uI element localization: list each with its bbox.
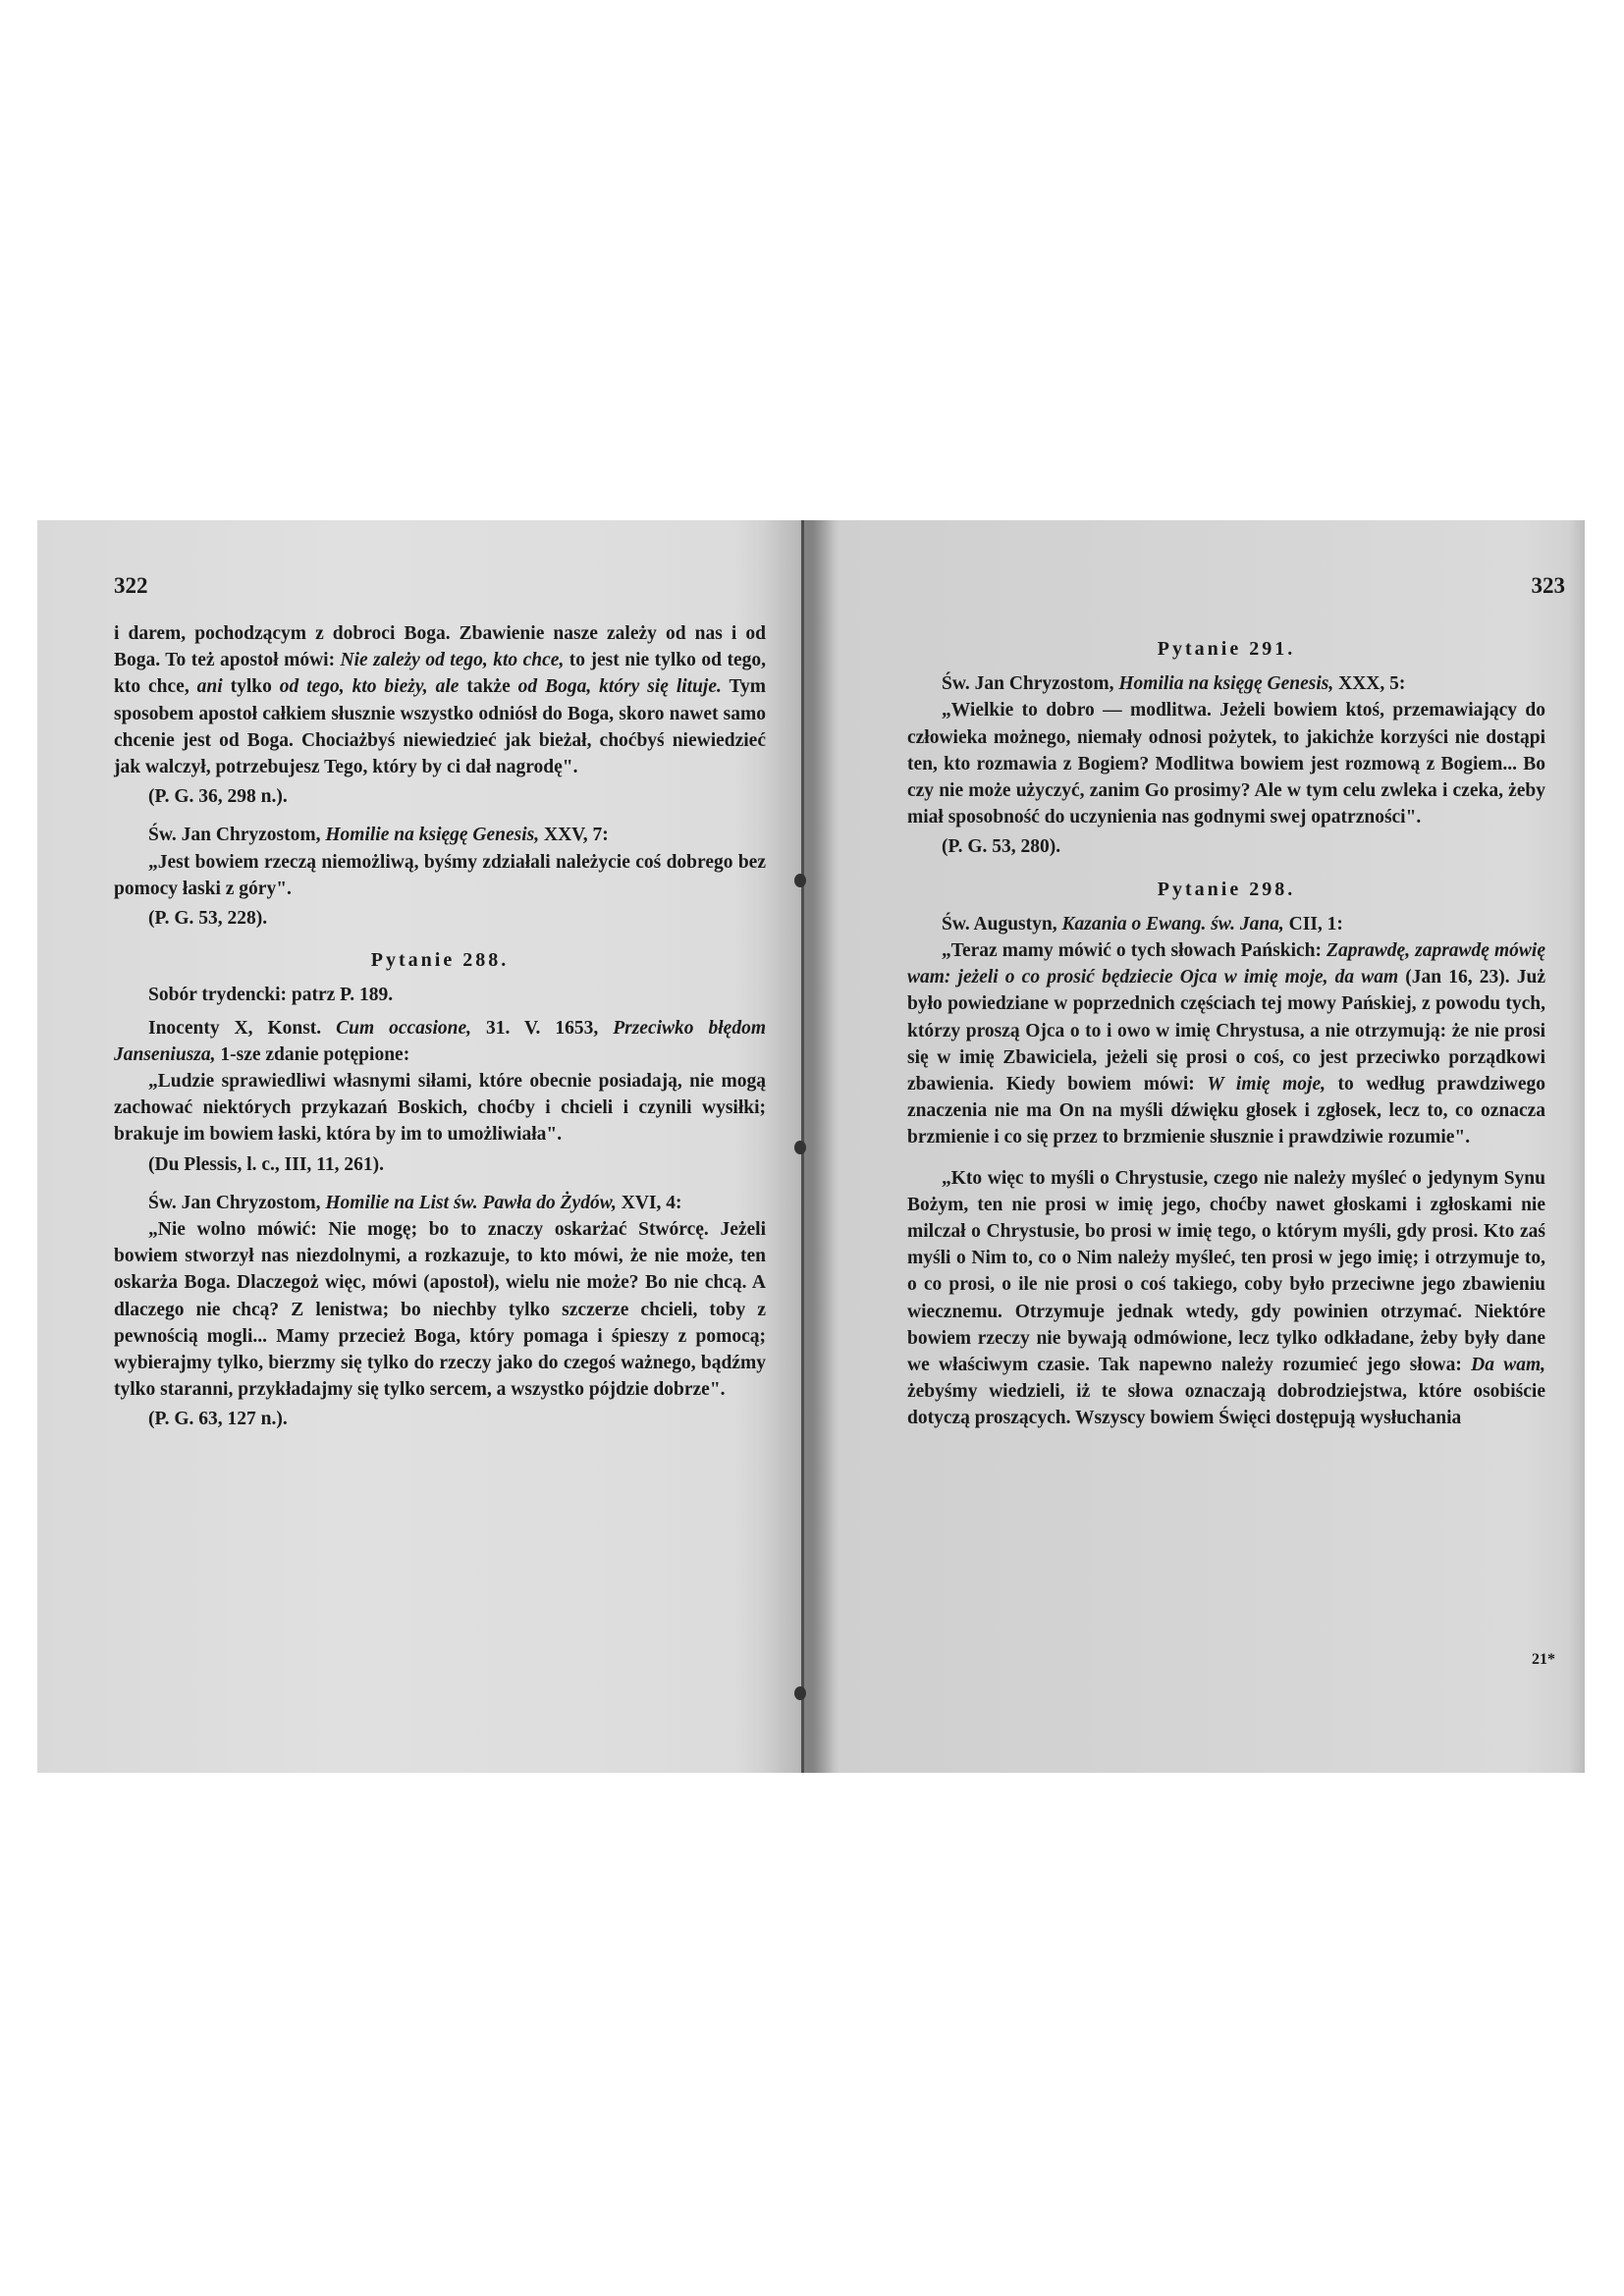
signature-mark: 21*	[1532, 1651, 1555, 1669]
source-reference: Św. Jan Chryzostom, Homilie na księgę Ge…	[114, 822, 766, 848]
binding-stitch	[794, 874, 806, 887]
page-content: i darem, pochodzącym z dobroci Boga. Zba…	[114, 620, 766, 1445]
book-scan: 322 i darem, pochodzącym z dobroci Boga.…	[37, 520, 1585, 1773]
page-number: 322	[114, 573, 148, 599]
quotation: „Jest bowiem rzeczą niemożliwą, byśmy zd…	[114, 849, 766, 902]
citation: (Du Plessis, l. c., III, 11, 261).	[114, 1151, 766, 1178]
section-heading: Pytanie 298.	[907, 877, 1545, 903]
quotation: „Teraz mamy mówić o tych słowach Pańskic…	[907, 937, 1545, 1151]
section-heading: Pytanie 288.	[114, 947, 766, 974]
source-reference: Św. Jan Chryzostom, Homilie na List św. …	[114, 1190, 766, 1216]
source-reference: Św. Jan Chryzostom, Homilia na księgę Ge…	[907, 670, 1545, 697]
quotation: „Wielkie to dobro — modlitwa. Jeżeli bow…	[907, 697, 1545, 830]
gutter-shadow-right	[804, 520, 839, 1773]
binding-stitch	[794, 1686, 806, 1700]
source-reference: Inocenty X, Konst. Cum occasione, 31. V.…	[114, 1015, 766, 1068]
citation: (P. G. 63, 127 n.).	[114, 1406, 766, 1432]
binding-stitch	[794, 1141, 806, 1154]
source-reference: Św. Augustyn, Kazania o Ewang. św. Jana,…	[907, 911, 1545, 937]
page-number: 323	[1532, 573, 1566, 599]
quotation: „Ludzie sprawiedliwi własnymi siłami, kt…	[114, 1068, 766, 1148]
source-reference: Sobór trydencki: patrz P. 189.	[114, 982, 766, 1008]
citation: (P. G. 53, 280).	[907, 833, 1545, 860]
quotation: „Nie wolno mówić: Nie mogę; bo to znaczy…	[114, 1216, 766, 1403]
page-content: Pytanie 291.Św. Jan Chryzostom, Homilia …	[907, 620, 1545, 1432]
page-edge-right	[1569, 520, 1585, 1773]
section-heading: Pytanie 291.	[907, 636, 1545, 663]
citation: (P. G. 36, 298 n.).	[114, 783, 766, 810]
citation: (P. G. 53, 228).	[114, 905, 766, 932]
body-paragraph: i darem, pochodzącym z dobroci Boga. Zba…	[114, 620, 766, 780]
quotation: „Kto więc to myśli o Chrystusie, czego n…	[907, 1165, 1545, 1432]
